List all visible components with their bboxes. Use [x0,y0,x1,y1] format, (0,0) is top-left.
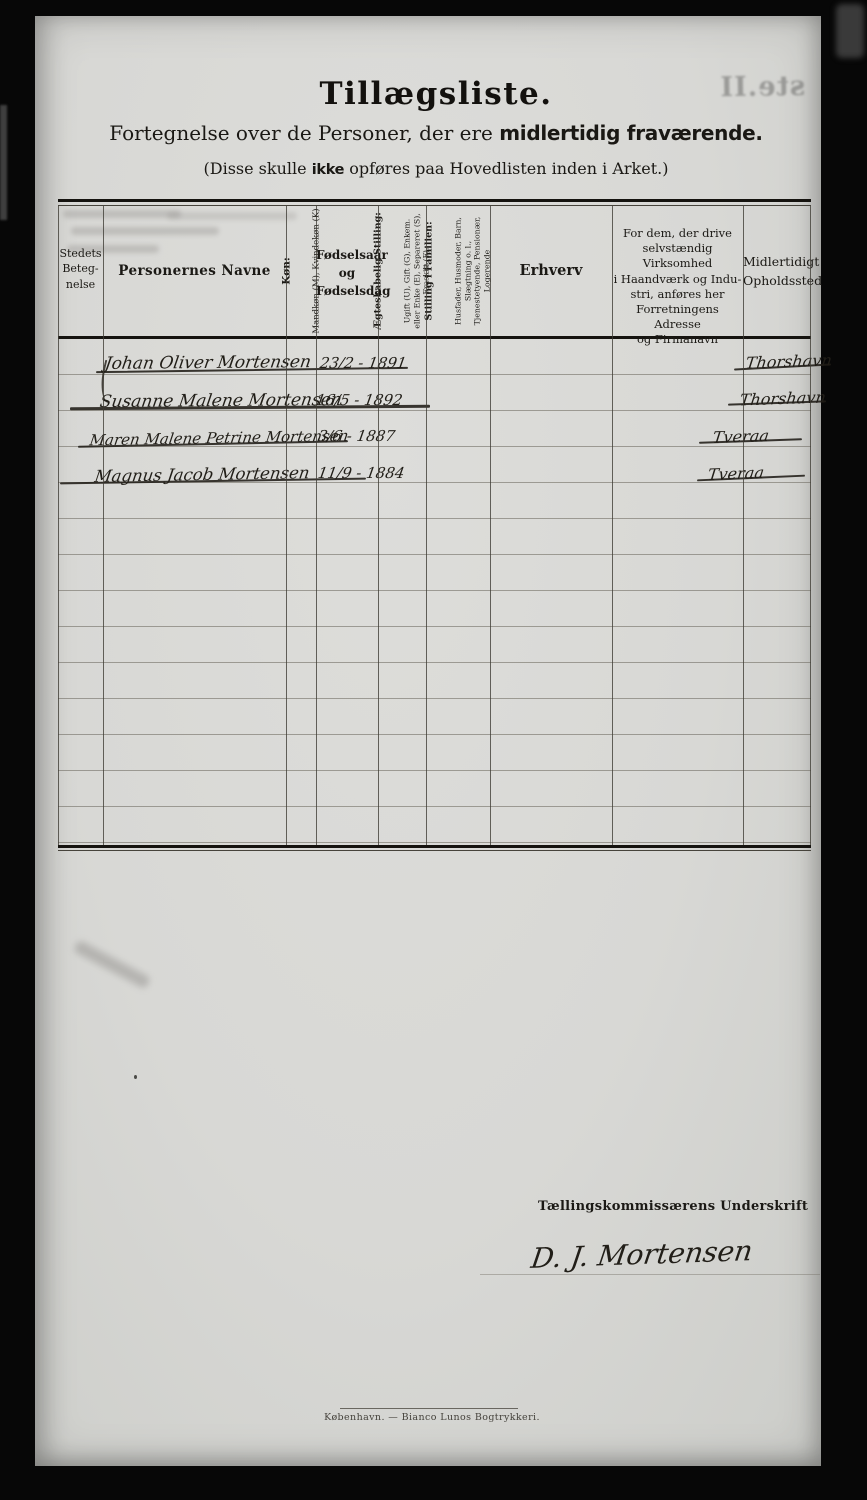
entry-place: Tveraa [707,463,765,484]
imprint-text: København. — Bianco Lunos Bogtrykkeri. [287,1412,577,1423]
table-header: Stedets Beteg- nelse Personernes Navne K… [58,206,811,336]
table-bottom-rule-thin [58,850,811,851]
signature-handwriting: D. J. Mortensen [529,1234,755,1275]
subtitle-regular: Fortegnelse over de Personer, der ere [109,121,493,145]
census-table: Stedets Beteg- nelse Personernes Navne K… [58,199,811,851]
column-header-names: Personernes Navne [103,206,286,336]
note-post: opføres paa Hovedlisten inden i Arket.) [349,159,668,178]
table-body: Johan Oliver Mortensen 23/2 - 1891 Thors… [58,339,811,845]
column-header-sex: Køn: Mandkøn (M), Kvindekøn (K) [286,206,316,336]
paper-sheet: ste.II Tillægsliste. Fortegnelse over de… [35,16,821,1466]
page-title: Tillægsliste. [35,76,821,112]
column-header-occupation: Erhverv [490,206,612,336]
subtitle-bold: midlertidig fraværende. [499,121,762,145]
column-header-place: Stedets Beteg- nelse [58,206,103,336]
scan-smudge [73,940,152,990]
entry-place: Thorshavn [739,388,827,410]
scanner-corner-artifact [836,4,864,58]
scanner-edge-artifact [0,105,7,220]
note-pre: (Disse skulle [204,159,307,178]
entry-place: Tveraa [712,426,771,447]
column-header-whereabouts: Midlertidigt Opholdssted [743,206,811,336]
column-header-family: Stilling i Familien: Husfader, Husmoder,… [426,206,490,336]
note-bold: ikke [312,162,345,178]
imprint-rule [340,1408,518,1409]
column-header-business: For dem, der drive selvstændig Virksomhe… [612,206,743,336]
ink-speck [134,1075,137,1079]
signature-label: Tællingskommissærens Underskrift [538,1199,808,1214]
scanned-census-page: ste.II Tillægsliste. Fortegnelse over de… [0,0,867,1500]
page-subtitle: Fortegnelse over de Personer, der ere mi… [35,121,821,145]
page-note: (Disse skulle ikke opføres paa Hovedlist… [35,159,821,178]
